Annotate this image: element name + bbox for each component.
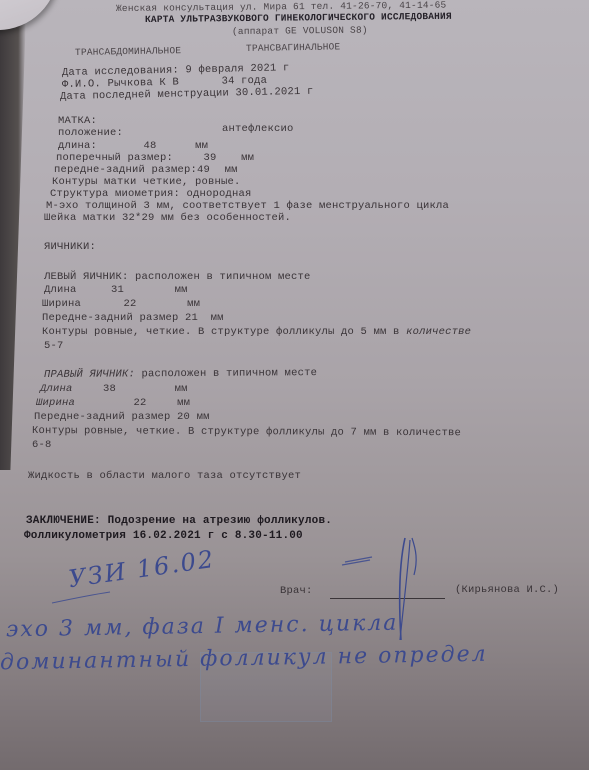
right-ovary-structure: Контуры ровные, четкие. В структуре фолл… bbox=[32, 425, 461, 439]
left-ovary-count: 5-7 bbox=[44, 340, 64, 352]
right-ovary-title: ПРАВЫЙ ЯИЧНИК: bbox=[44, 368, 135, 381]
left-ovary-ap-unit: мм bbox=[211, 312, 224, 324]
left-ovary-title: ЛЕВЫЙ ЯИЧНИК: bbox=[44, 271, 129, 283]
right-ovary-width-unit: мм bbox=[177, 397, 190, 409]
conclusion-text: Подозрение на атрезию фолликулов. bbox=[108, 515, 332, 527]
right-ovary-length-row: Длина 38 мм bbox=[40, 383, 188, 395]
left-ovary-width: 22 bbox=[124, 298, 137, 310]
conclusion-row: ЗАКЛЮЧЕНИЕ: Подозрение на атрезию фоллик… bbox=[26, 515, 332, 527]
left-ovary-structure: Контуры ровные, четкие. В структуре фолл… bbox=[42, 326, 400, 338]
uterus-transverse: 39 bbox=[204, 152, 217, 164]
uterus-length-unit: мм bbox=[195, 140, 208, 152]
uterus-heading: МАТКА: bbox=[58, 115, 97, 127]
uterus-length-label: длина: bbox=[58, 140, 97, 152]
right-ovary-location: расположен в типичном месте bbox=[141, 367, 317, 380]
right-ovary-length: 38 bbox=[103, 383, 116, 395]
right-ovary-ap-row: Передне-задний размер 20 мм bbox=[34, 411, 210, 423]
device-name: (аппарат GE VOLUSON S8) bbox=[232, 25, 368, 37]
uterus-transverse-unit: мм bbox=[241, 152, 254, 164]
left-ovary-length-label: Длина bbox=[44, 284, 77, 296]
uterus-ap: 49 bbox=[197, 164, 210, 176]
left-ovary-length-unit: мм bbox=[175, 284, 188, 296]
last-menstruation-label: Дата последней менструации bbox=[60, 87, 229, 103]
right-ovary-width-row: Ширина 22 мм bbox=[36, 397, 190, 409]
left-ovary-width-label: Ширина bbox=[42, 298, 81, 310]
folliculometry-followup: Фолликулометрия 16.02.2021 г с 8.30-11.0… bbox=[24, 530, 303, 542]
left-ovary-title-row: ЛЕВЫЙ ЯИЧНИК: расположен в типичном мест… bbox=[44, 271, 311, 283]
uterus-length-row: длина: 48 мм bbox=[58, 140, 208, 152]
left-ovary-structure-tail: количестве bbox=[406, 326, 471, 338]
right-ovary-length-label: Длина bbox=[40, 383, 73, 395]
right-ovary-title-row: ПРАВЫЙ ЯИЧНИК: расположен в типичном мес… bbox=[44, 367, 317, 381]
uterus-ap-row: передне-задний размер:49 мм bbox=[54, 164, 238, 176]
uterus-transverse-label: поперечный размер: bbox=[56, 152, 173, 164]
left-ovary-ap-row: Передне-задний размер 21 мм bbox=[42, 312, 224, 324]
document-photo: Женская консультация ул. Мира 61 тел. 41… bbox=[0, 0, 589, 770]
left-ovary-location: расположен в типичном месте bbox=[135, 271, 311, 283]
right-ovary-ap: 20 bbox=[177, 411, 190, 423]
handwritten-line-2: доминантный фолликул не определ bbox=[0, 642, 488, 676]
uterus-position-label: положение: bbox=[58, 127, 123, 139]
uterus-transverse-row: поперечный размер: 39 мм bbox=[56, 152, 254, 164]
m-echo: М-эхо толщиной 3 мм, соответствует 1 фаз… bbox=[46, 200, 449, 212]
patient-age: 34 года bbox=[221, 75, 267, 88]
doctor-label: Врач: bbox=[280, 585, 313, 597]
last-menstruation-date: 30.01.2021 г bbox=[235, 86, 313, 100]
method-transvaginal: ТРАНСВАГИНАЛЬНОЕ bbox=[246, 41, 341, 54]
uterus-contours: Контуры матки четкие, ровные. bbox=[52, 176, 241, 188]
left-ovary-width-unit: мм bbox=[187, 298, 200, 310]
handwritten-note-date: УЗИ 16.02 bbox=[67, 545, 217, 593]
right-ovary-length-unit: мм bbox=[175, 383, 188, 395]
signature-line bbox=[330, 598, 445, 599]
uterus-ap-label: передне-задний размер: bbox=[54, 164, 197, 176]
left-ovary-width-row: Ширина 22 мм bbox=[42, 298, 200, 310]
right-ovary-ap-unit: мм bbox=[197, 411, 210, 423]
page-corner bbox=[0, 0, 58, 30]
left-ovary-length: 31 bbox=[111, 284, 124, 296]
exam-date: 9 февраля 2021 г bbox=[185, 62, 289, 76]
handwritten-line-1: эхо 3 мм, фаза I менс. цикла bbox=[6, 611, 399, 643]
cervix: Шейка матки 32*29 мм без особенностей. bbox=[44, 212, 291, 224]
right-ovary-width-label: Ширина bbox=[36, 397, 75, 409]
uterus-ap-unit: мм bbox=[225, 164, 238, 176]
left-ovary-structure-row: Контуры ровные, четкие. В структуре фолл… bbox=[42, 326, 471, 338]
left-ovary-ap: 21 bbox=[185, 312, 198, 324]
left-ovary-ap-label: Передне-задний размер bbox=[42, 312, 179, 324]
left-ovary-length-row: Длина 31 мм bbox=[44, 284, 188, 296]
doctor-name: (Кирьянова И.С.) bbox=[455, 584, 559, 596]
right-ovary-width: 22 bbox=[134, 397, 147, 409]
table-background bbox=[0, 0, 26, 470]
ovaries-heading: ЯИЧНИКИ: bbox=[44, 241, 96, 253]
right-ovary-ap-label: Передне-задний размер bbox=[34, 411, 171, 423]
conclusion-label: ЗАКЛЮЧЕНИЕ: bbox=[26, 515, 101, 527]
myometrium-structure: Структура миометрия: однородная bbox=[50, 188, 252, 200]
right-ovary-count: 6-8 bbox=[32, 439, 52, 451]
pelvic-fluid: Жидкость в области малого таза отсутству… bbox=[28, 470, 301, 482]
patient-name-label: Ф.И.О. bbox=[62, 78, 101, 91]
document-title: КАРТА УЛЬТРАЗВУКОВОГО ГИНЕКОЛОГИЧЕСКОГО … bbox=[145, 11, 452, 25]
method-transabdominal: ТРАНСАБДОМИНАЛЬНОЕ bbox=[75, 45, 181, 58]
uterus-position: антефлексио bbox=[222, 123, 294, 135]
uterus-length: 48 bbox=[144, 140, 157, 152]
